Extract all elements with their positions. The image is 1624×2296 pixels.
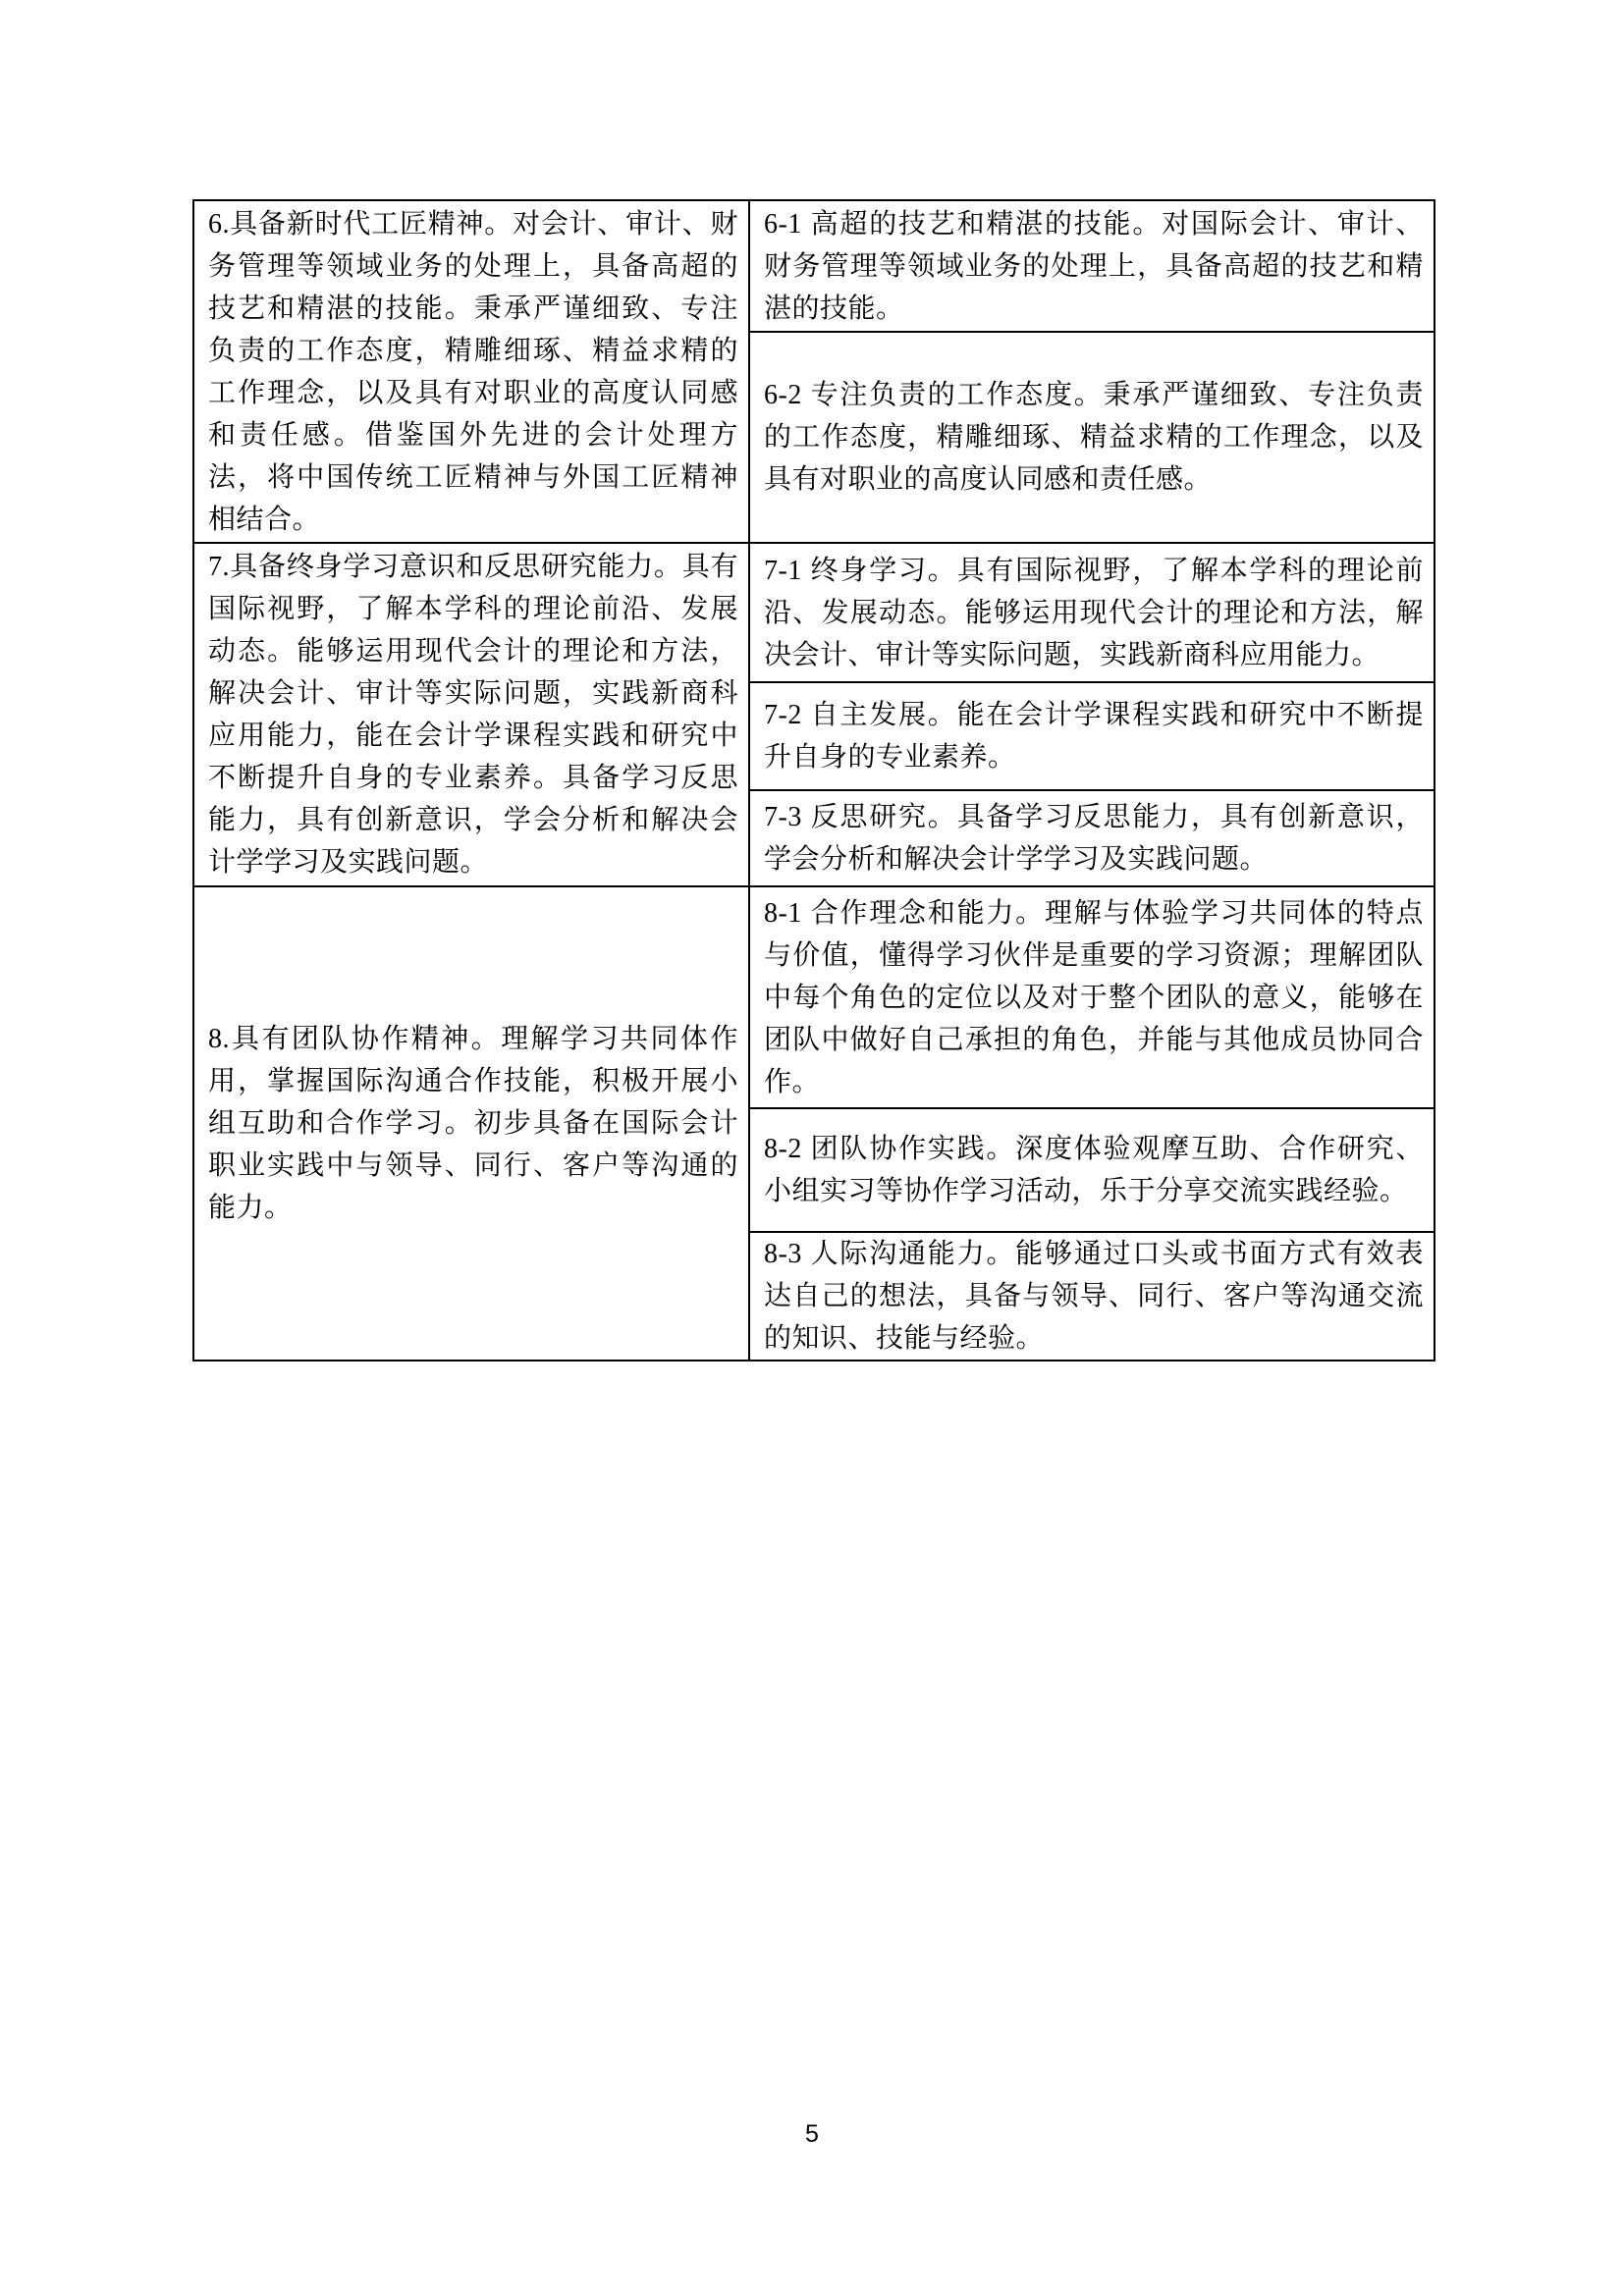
indicator-6-1-cell: 6-1 高超的技艺和精湛的技能。对国际会计、审计、财务管理等领域业务的处理上，具… xyxy=(750,201,1434,331)
indicator-6-1-text: 6-1 高超的技艺和精湛的技能。对国际会计、审计、财务管理等领域业务的处理上，具… xyxy=(750,203,1434,330)
indicator-8-2-cell: 8-2 团队协作实践。深度体验观摩互助、合作研究、小组实习等协作学习活动，乐于分… xyxy=(750,1107,1434,1231)
indicator-8-3-cell: 8-3 人际沟通能力。能够通过口头或书面方式有效表达自己的想法，具备与领导、同行… xyxy=(750,1231,1434,1360)
indicator-8-1-cell: 8-1 合作理念和能力。理解与体验学习共同体的特点与价值，懂得学习伙伴是重要的学… xyxy=(750,887,1434,1107)
indicator-8-3-text: 8-3 人际沟通能力。能够通过口头或书面方式有效表达自己的想法，具备与领导、同行… xyxy=(750,1233,1434,1360)
outcome-6-text: 6.具备新时代工匠精神。对会计、审计、财务管理等领域业务的处理上，具备高超的技艺… xyxy=(194,203,748,541)
indicator-7-1-cell: 7-1 终身学习。具有国际视野，了解本学科的理论前沿、发展动态。能够运用现代会计… xyxy=(750,544,1434,681)
indicator-8-2-text: 8-2 团队协作实践。深度体验观摩互助、合作研究、小组实习等协作学习活动，乐于分… xyxy=(750,1128,1434,1212)
outcome-7-cell: 7.具备终身学习意识和反思研究能力。具有国际视野，了解本学科的理论前沿、发展动态… xyxy=(194,544,750,885)
table-row: 7.具备终身学习意识和反思研究能力。具有国际视野，了解本学科的理论前沿、发展动态… xyxy=(194,542,1434,885)
outcome-6-subcells: 6-1 高超的技艺和精湛的技能。对国际会计、审计、财务管理等领域业务的处理上，具… xyxy=(750,201,1434,542)
outcome-7-subcells: 7-1 终身学习。具有国际视野，了解本学科的理论前沿、发展动态。能够运用现代会计… xyxy=(750,544,1434,885)
indicator-6-2-cell: 6-2 专注负责的工作态度。秉承严谨细致、专注负责的工作态度，精雕细琢、精益求精… xyxy=(750,331,1434,542)
page-number: 5 xyxy=(0,2120,1624,2149)
outcome-8-cell: 8.具有团队协作精神。理解学习共同体作用，掌握国际沟通合作技能，积极开展小组互助… xyxy=(194,887,750,1360)
table-row: 8.具有团队协作精神。理解学习共同体作用，掌握国际沟通合作技能，积极开展小组互助… xyxy=(194,885,1434,1360)
table-row: 6.具备新时代工匠精神。对会计、审计、财务管理等领域业务的处理上，具备高超的技艺… xyxy=(194,201,1434,542)
outcome-6-cell: 6.具备新时代工匠精神。对会计、审计、财务管理等领域业务的处理上，具备高超的技艺… xyxy=(194,201,750,542)
indicator-7-2-text: 7-2 自主发展。能在会计学课程实践和研究中不断提升自身的专业素养。 xyxy=(750,694,1434,778)
indicator-7-3-cell: 7-3 反思研究。具备学习反思能力，具有创新意识，学会分析和解决会计学学习及实践… xyxy=(750,789,1434,885)
indicator-7-2-cell: 7-2 自主发展。能在会计学课程实践和研究中不断提升自身的专业素养。 xyxy=(750,681,1434,789)
outcome-7-text: 7.具备终身学习意识和反思研究能力。具有国际视野，了解本学科的理论前沿、发展动态… xyxy=(194,546,748,883)
indicator-7-3-text: 7-3 反思研究。具备学习反思能力，具有创新意识，学会分析和解决会计学学习及实践… xyxy=(750,796,1434,881)
indicator-8-1-text: 8-1 合作理念和能力。理解与体验学习共同体的特点与价值，懂得学习伙伴是重要的学… xyxy=(750,892,1434,1103)
outcome-8-subcells: 8-1 合作理念和能力。理解与体验学习共同体的特点与价值，懂得学习伙伴是重要的学… xyxy=(750,887,1434,1360)
indicator-6-2-text: 6-2 专注负责的工作态度。秉承严谨细致、专注负责的工作态度，精雕细琢、精益求精… xyxy=(750,374,1434,501)
indicator-7-1-text: 7-1 终身学习。具有国际视野，了解本学科的理论前沿、发展动态。能够运用现代会计… xyxy=(750,550,1434,676)
outcomes-table: 6.具备新时代工匠精神。对会计、审计、财务管理等领域业务的处理上，具备高超的技艺… xyxy=(192,199,1435,1362)
document-page: 6.具备新时代工匠精神。对会计、审计、财务管理等领域业务的处理上，具备高超的技艺… xyxy=(0,0,1624,2296)
outcome-8-text: 8.具有团队协作精神。理解学习共同体作用，掌握国际沟通合作技能，积极开展小组互助… xyxy=(194,1018,748,1229)
